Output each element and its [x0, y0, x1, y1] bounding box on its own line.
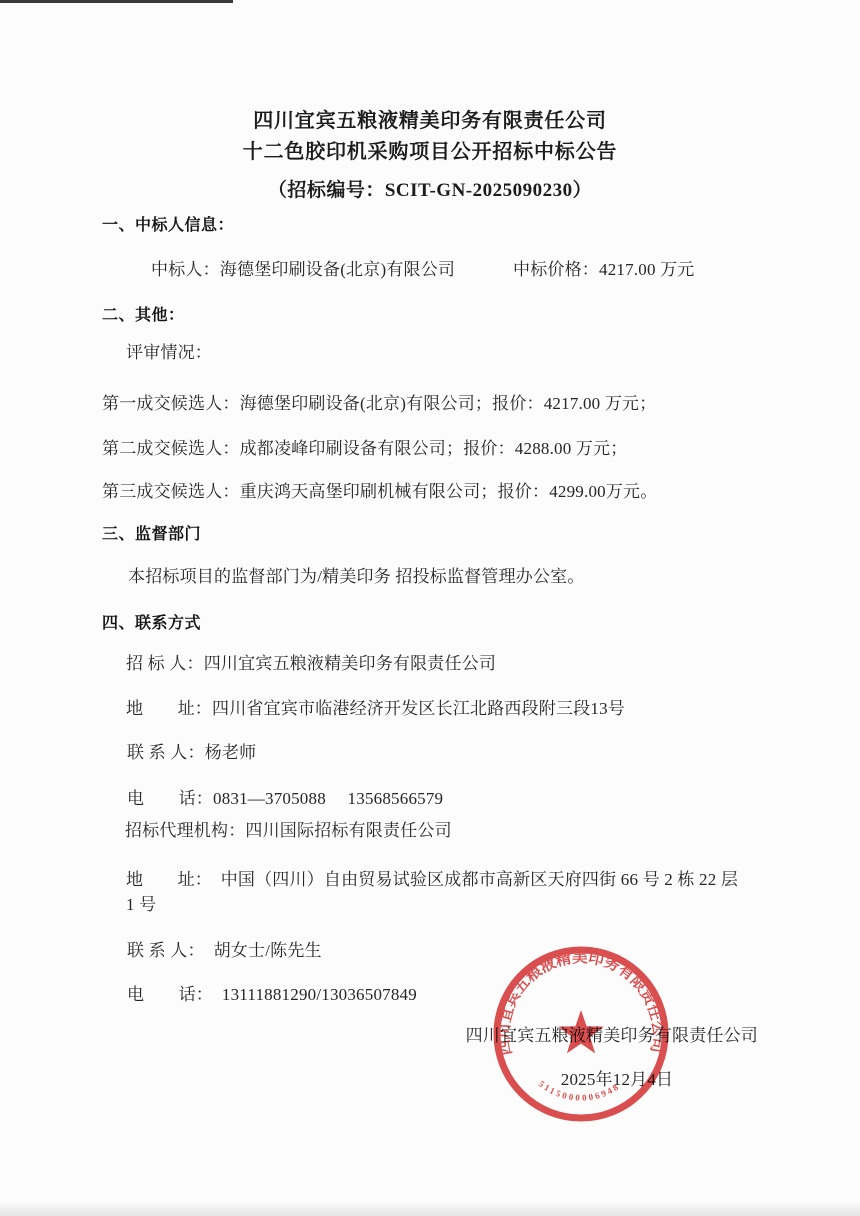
seal-serial-text: 5115000006948 — [537, 1079, 622, 1103]
candidate-line-2: 第二成交候选人：成都凌峰印刷设备有限公司；报价：4288.00 万元； — [102, 438, 628, 460]
tender-number: （招标编号：SCIT-GN-2025090230） — [0, 178, 860, 204]
tenderer-line: 招 标 人：四川宜宾五粮液精美印务有限责任公司 — [126, 653, 496, 675]
tenderer-contact-line: 联 系 人：杨老师 — [127, 742, 256, 764]
section-heading-supervision: 三、监督部门 — [102, 525, 201, 545]
review-label: 评审情况： — [126, 342, 212, 364]
agency-line: 招标代理机构：四川国际招标有限责任公司 — [125, 820, 452, 842]
agency-address-line-1: 地 址： 中国（四川）自由贸易试验区成都市高新区天府四街 66 号 2 栋 22… — [126, 869, 738, 891]
seal-star-icon — [558, 1010, 604, 1053]
agency-address-line-2: 1 号 — [126, 894, 156, 916]
agency-contact-line: 联 系 人： 胡女士/陈先生 — [127, 940, 322, 962]
tenderer-address-line: 地 址：四川省宜宾市临港经济开发区长江北路西段附三段13号 — [126, 698, 625, 720]
winner-name: 中标人：海德堡印刷设备(北京)有限公司 — [151, 259, 455, 281]
agency-phone-line: 电 话： 13111881290/13036507849 — [127, 984, 417, 1006]
document-subtitle: 十二色胶印机采购项目公开招标中标公告 — [0, 139, 860, 165]
candidate-line-3: 第三成交候选人：重庆鸿天高堡印刷机械有限公司；报价：4299.00万元。 — [102, 481, 657, 503]
section-heading-contact: 四、联系方式 — [102, 614, 201, 634]
winner-price: 中标价格：4217.00 万元 — [513, 259, 695, 281]
candidate-line-1: 第一成交候选人：海德堡印刷设备(北京)有限公司；报价：4217.00 万元； — [102, 393, 656, 415]
document-page: 四川宜宾五粮液精美印务有限责任公司 十二色胶印机采购项目公开招标中标公告 （招标… — [0, 0, 860, 1216]
tenderer-phone-line: 电 话：0831—3705088 13568566579 — [127, 788, 443, 810]
scan-artifact-bottom — [0, 1202, 860, 1216]
supervision-text: 本招标项目的监督部门为/精美印务 招投标监督管理办公室。 — [128, 566, 585, 588]
section-heading-other: 二、其他： — [102, 306, 185, 326]
section-heading-winner: 一、中标人信息： — [102, 216, 234, 236]
scan-artifact-top — [0, 0, 233, 3]
document-title: 四川宜宾五粮液精美印务有限责任公司 — [0, 108, 860, 134]
svg-text:5115000006948: 5115000006948 — [537, 1079, 622, 1103]
company-seal: 四川宜宾五粮液精美印务有限责任公司 5115000006948 — [481, 934, 681, 1134]
